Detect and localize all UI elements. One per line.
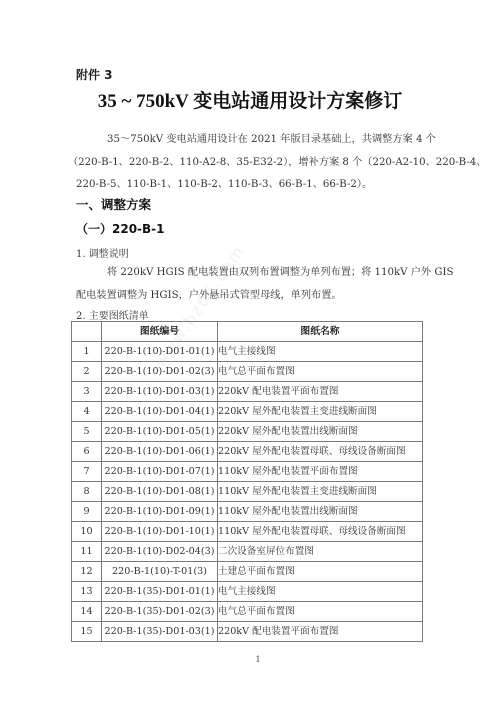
table-row: 12220-B-1(10)-T-01(3)土建总平面布置图 xyxy=(72,562,423,582)
cell-name: 土建总平面布置图 xyxy=(218,562,423,582)
cell-name: 110kV 屋外配电装置母联、母线设备断面图 xyxy=(218,522,423,542)
cell-code: 220-B-1(10)-D01-06(1) xyxy=(102,442,218,462)
cell-code: 220-B-1(10)-D01-08(1) xyxy=(102,482,218,502)
drawing-list-table: 图纸编号 图纸名称 1220-B-1(10)-D01-01(1)电气主接线图 2… xyxy=(71,321,423,642)
table-row: 6220-B-1(10)-D01-06(1)220kV 屋外配电装置母联、母线设… xyxy=(72,442,423,462)
header-no xyxy=(72,322,102,342)
cell-code: 220-B-1(10)-D01-02(3) xyxy=(102,362,218,382)
cell-name: 电气总平面布置图 xyxy=(218,602,423,622)
table-header-row: 图纸编号 图纸名称 xyxy=(72,322,423,342)
table-row: 4220-B-1(10)-D01-04(1)220kV 屋外配电装置主变进线断面… xyxy=(72,402,423,422)
cell-name: 110kV 屋外配电装置出线断面图 xyxy=(218,502,423,522)
cell-no: 6 xyxy=(72,442,102,462)
table-row: 15220-B-1(35)-D01-03(1)220kV 配电装置平面布置图 xyxy=(72,622,423,642)
cell-name: 220kV 屋外配电装置母联、母线设备断面图 xyxy=(218,442,423,462)
cell-no: 5 xyxy=(72,422,102,442)
cell-code: 220-B-1(35)-D01-01(1) xyxy=(102,582,218,602)
table-row: 3220-B-1(10)-D01-03(1)220kV 配电装置平面布置图 xyxy=(72,382,423,402)
intro-line-1: 35～750kV 变电站通用设计在 2021 年版目录基础上，共调整方案 4 个 xyxy=(107,129,436,152)
cell-code: 220-B-1(10)-D01-03(1) xyxy=(102,382,218,402)
cell-code: 220-B-1(10)-D01-09(1) xyxy=(102,502,218,522)
cell-no: 2 xyxy=(72,362,102,382)
table-row: 9220-B-1(10)-D01-09(1)110kV 屋外配电装置出线断面图 xyxy=(72,502,423,522)
cell-no: 3 xyxy=(72,382,102,402)
cell-no: 13 xyxy=(72,582,102,602)
cell-code: 220-B-1(10)-D01-05(1) xyxy=(102,422,218,442)
cell-no: 11 xyxy=(72,542,102,562)
header-code: 图纸编号 xyxy=(102,322,218,342)
annex-label: 附件 3 xyxy=(76,66,113,83)
table-row: 5220-B-1(10)-D01-05(1)220kV 屋外配电装置出线断面图 xyxy=(72,422,423,442)
cell-name: 电气主接线图 xyxy=(218,582,423,602)
table-row: 2220-B-1(10)-D01-02(3)电气总平面布置图 xyxy=(72,362,423,382)
cell-name: 220kV 配电装置平面布置图 xyxy=(218,622,423,642)
cell-name: 110kV 屋外配电装置平面布置图 xyxy=(218,462,423,482)
document-title: 35 ~ 750kV 变电站通用设计方案修订 xyxy=(0,86,500,113)
table-row: 8220-B-1(10)-D01-08(1)110kV 屋外配电装置主变进线断面… xyxy=(72,482,423,502)
cell-no: 15 xyxy=(72,622,102,642)
cell-name: 220kV 屋外配电装置主变进线断面图 xyxy=(218,402,423,422)
cell-name: 220kV 配电装置平面布置图 xyxy=(218,382,423,402)
cell-code: 220-B-1(10)-D01-01(1) xyxy=(102,342,218,362)
table-row: 7220-B-1(10)-D01-07(1)110kV 屋外配电装置平面布置图 xyxy=(72,462,423,482)
subsection-heading: （一）220-B-1 xyxy=(76,220,165,237)
cell-no: 9 xyxy=(72,502,102,522)
page-number: 1 xyxy=(0,655,500,664)
cell-code: 220-B-1(10)-D01-07(1) xyxy=(102,462,218,482)
table-row: 14220-B-1(35)-D01-02(3)电气总平面布置图 xyxy=(72,602,423,622)
cell-code: 220-B-1(10)-D01-04(1) xyxy=(102,402,218,422)
table-row: 13220-B-1(35)-D01-01(1)电气主接线图 xyxy=(72,582,423,602)
header-name: 图纸名称 xyxy=(218,322,423,342)
cell-code: 220-B-1(35)-D01-03(1) xyxy=(102,622,218,642)
intro-line-3: 220-B-5、110-B-1、110-B-2、110-B-3、66-B-1、6… xyxy=(76,174,372,197)
cell-no: 12 xyxy=(72,562,102,582)
cell-name: 电气主接线图 xyxy=(218,342,423,362)
cell-name: 110kV 屋外配电装置主变进线断面图 xyxy=(218,482,423,502)
table-row: 10220-B-1(10)-D01-10(1)110kV 屋外配电装置母联、母线… xyxy=(72,522,423,542)
cell-no: 10 xyxy=(72,522,102,542)
cell-code: 220-B-1(35)-D01-02(3) xyxy=(102,602,218,622)
cell-no: 14 xyxy=(72,602,102,622)
cell-no: 7 xyxy=(72,462,102,482)
cell-no: 8 xyxy=(72,482,102,502)
cell-code: 220-B-1(10)-D01-10(1) xyxy=(102,522,218,542)
adjustment-text-line-2: 配电装置调整为 HGIS，户外悬吊式管型母线，单列布置。 xyxy=(76,285,342,308)
cell-code: 220-B-1(10)-D02-04(3) xyxy=(102,542,218,562)
table-row: 1220-B-1(10)-D01-01(1)电气主接线图 xyxy=(72,342,423,362)
cell-no: 1 xyxy=(72,342,102,362)
table-row: 11220-B-1(10)-D02-04(3)二次设备室屏位布置图 xyxy=(72,542,423,562)
cell-code: 220-B-1(10)-T-01(3) xyxy=(102,562,218,582)
item-heading-drawing-list: 2. 主要图纸清单 xyxy=(76,307,149,322)
adjustment-text-line-1: 将 220kV HGIS 配电装置由双列布置调整为单列布置；将 110kV 户外… xyxy=(107,262,453,285)
intro-line-2: （220-B-1、220-B-2、110-A2-8、35-E32-2），增补方案… xyxy=(68,152,486,175)
cell-name: 二次设备室屏位布置图 xyxy=(218,542,423,562)
cell-no: 4 xyxy=(72,402,102,422)
section-heading: 一、调整方案 xyxy=(76,195,151,213)
item-heading-adjustment: 1. 调整说明 xyxy=(76,245,129,260)
cell-name: 电气总平面布置图 xyxy=(218,362,423,382)
cell-name: 220kV 屋外配电装置出线断面图 xyxy=(218,422,423,442)
